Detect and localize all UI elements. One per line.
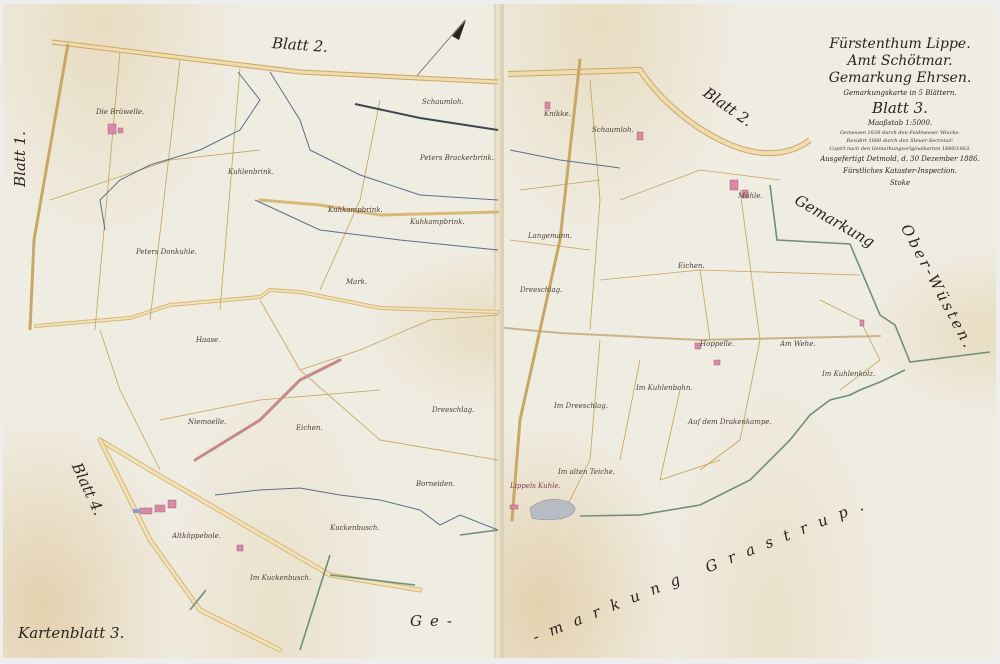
sheet-ref-top-left: Blatt 2. [271,34,328,56]
road-left-border [30,44,68,330]
field-name: Mühle. [738,192,763,200]
title-amt: Amt Schötmar. [810,53,990,70]
title-block: Fürstenthum Lippe. Amt Schötmar. Gemarku… [810,36,990,189]
field-name: Peters Donkuhle. [136,248,197,256]
field-name: Knikke. [544,110,571,118]
buildings [108,102,864,551]
map-sheet-label: Kartenblatt 3. [18,624,124,642]
title-note: Ausgefertigt Detmold, d. 30 Dezember 188… [810,153,990,165]
field-name: Kuhkampbrink. [410,218,465,226]
field-name: Altköppebole. [172,532,221,540]
field-name: Dreeschlag. [520,286,562,294]
field-name: Lippels Kuhle. [510,482,561,490]
title-signature: Stoke [810,177,990,189]
roads [36,60,880,650]
field-name: Am Wehe. [780,340,816,348]
north-arrow-icon [415,20,466,78]
pond [530,499,575,520]
sheet-ref-left: Blatt 1. [11,131,29,187]
field-name: Im Kuhlenbohn. [636,384,693,392]
field-name: Schaumloh. [592,126,634,134]
title-sheet: Blatt 3. [810,99,990,117]
title-principality: Fürstenthum Lippe. [810,36,990,53]
title-gemarkung: Gemarkung Ehrsen. [810,70,990,87]
field-name: Niemoelle. [188,418,226,426]
field-name: Im alten Teiche. [558,468,615,476]
field-name: Mark. [346,278,367,286]
field-name: Im Kuckenbusch. [250,574,311,582]
field-name: Eichen. [678,262,705,270]
field-name: Schaumloh. [422,98,464,106]
field-name: Im Kuhlenkolz. [822,370,875,378]
streams [100,72,620,530]
field-name: Kuhlenbrink. [228,168,274,176]
field-name: Hoppelle. [700,340,734,348]
title-note: Gemessen 1838 durch den Feldmesser Wieck… [810,129,990,137]
field-name: Eichen. [296,424,323,432]
field-name: Kuhkampbrink. [328,206,383,214]
field-name: Im Dreeschlag. [554,402,608,410]
field-name: Auf dem Drakenkampe. [688,418,772,426]
building-blue [133,509,141,513]
field-name: Dreeschlag. [432,406,474,414]
field-name: Kuckenbusch. [330,524,380,532]
parcel-lines [50,52,880,520]
field-name: Haase. [196,336,220,344]
field-name: Peters Brackerbrink. [420,154,494,162]
title-subtitle: Gemarkungskarte in 5 Blättern. [810,87,990,99]
district-south-1: Ge- [410,612,460,630]
title-note: Fürstliches Kataster-Inspection. [810,165,990,177]
title-note: Copirt nach den Gemarkungsoriginalkarten… [810,145,990,153]
field-name: Langemann. [528,232,572,240]
title-note: Revidirt 1880 durch den Steuer-Secretair… [810,137,990,145]
field-name: Borneiden. [416,480,455,488]
title-scale: Maaßstab 1:5000. [810,117,990,129]
field-name: Die Brüwelle. [96,108,144,116]
